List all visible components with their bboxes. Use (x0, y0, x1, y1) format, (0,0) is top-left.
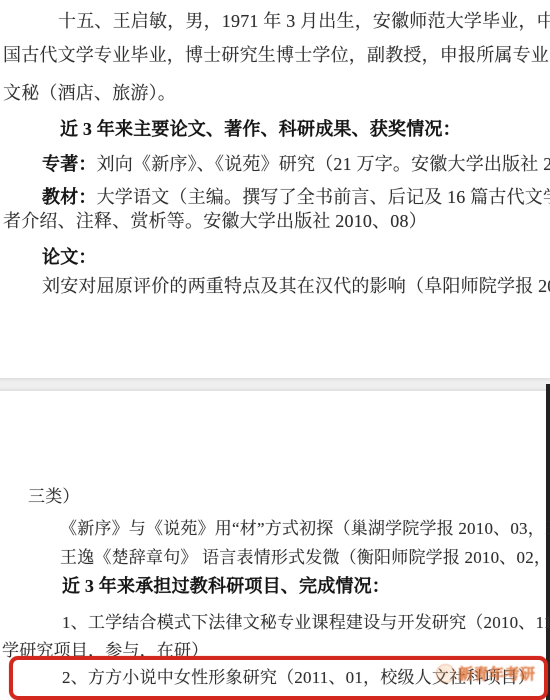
monograph-line: 专著：刘向《新序》、《说苑》研究（21 万字。安徽大学出版社 2011、04） (42, 152, 550, 176)
watermark-logo-icon (436, 664, 455, 683)
textbook-line: 教材：大学语文（主编。撰写了全书前言、后记及 16 篇古代文学作品的作 (42, 185, 550, 209)
paper-item-line: 刘安对屈原评价的两重特点及其在汉代的影响（阜阳师院学报 2009、05， (42, 274, 550, 298)
paragraph-line: 十五、王启敏，男，1971 年 3 月出生，安徽师范大学毕业，中 (58, 9, 550, 33)
section-heading-projects: 近 3 年来承担过教科研项目、完成情况： (62, 575, 390, 598)
watermark-stamp: 新青年考研 (436, 659, 546, 687)
section-divider (0, 378, 550, 391)
textbook-continuation-line: 者介绍、注释、赏析等。安徽大学出版社 2010、08） (3, 209, 427, 233)
carryover-line: 三类） (28, 485, 80, 508)
project-line: 1、工学结合模式下法律文秘专业课程建设与开发研究（2010、11，省级教 (62, 611, 550, 634)
papers-label: 论文： (42, 245, 97, 269)
paper-item-line: 王逸《楚辞章句》 语言表情形式发微（衡阳师院学报 2010、02，三类） (60, 546, 550, 569)
monograph-label: 专著： (42, 154, 97, 174)
document-page: 十五、王启敏，男，1971 年 3 月出生，安徽师范大学毕业，中 国古代文学专业… (0, 0, 550, 700)
textbook-text: 大学语文（主编。撰写了全书前言、后记及 16 篇古代文学作品的作 (97, 187, 550, 207)
paragraph-line: 国古代文学专业毕业，博士研究生博士学位，副教授，申报所属专业 (3, 43, 549, 67)
paragraph-line: 文秘（酒店、旅游）。 (3, 81, 176, 105)
textbook-label: 教材： (42, 187, 97, 207)
watermark-text: 新青年考研 (458, 663, 536, 684)
paper-item-line: 《新序》与《说苑》用“材”方式初探（巢湖学院学报 2010、03，三类） (60, 517, 550, 540)
section-heading-publications: 近 3 年来主要论文、著作、科研成果、获奖情况： (60, 117, 461, 141)
page-edge-line (546, 384, 550, 700)
monograph-text: 刘向《新序》、《说苑》研究（21 万字。安徽大学出版社 2011、04） (97, 154, 550, 174)
